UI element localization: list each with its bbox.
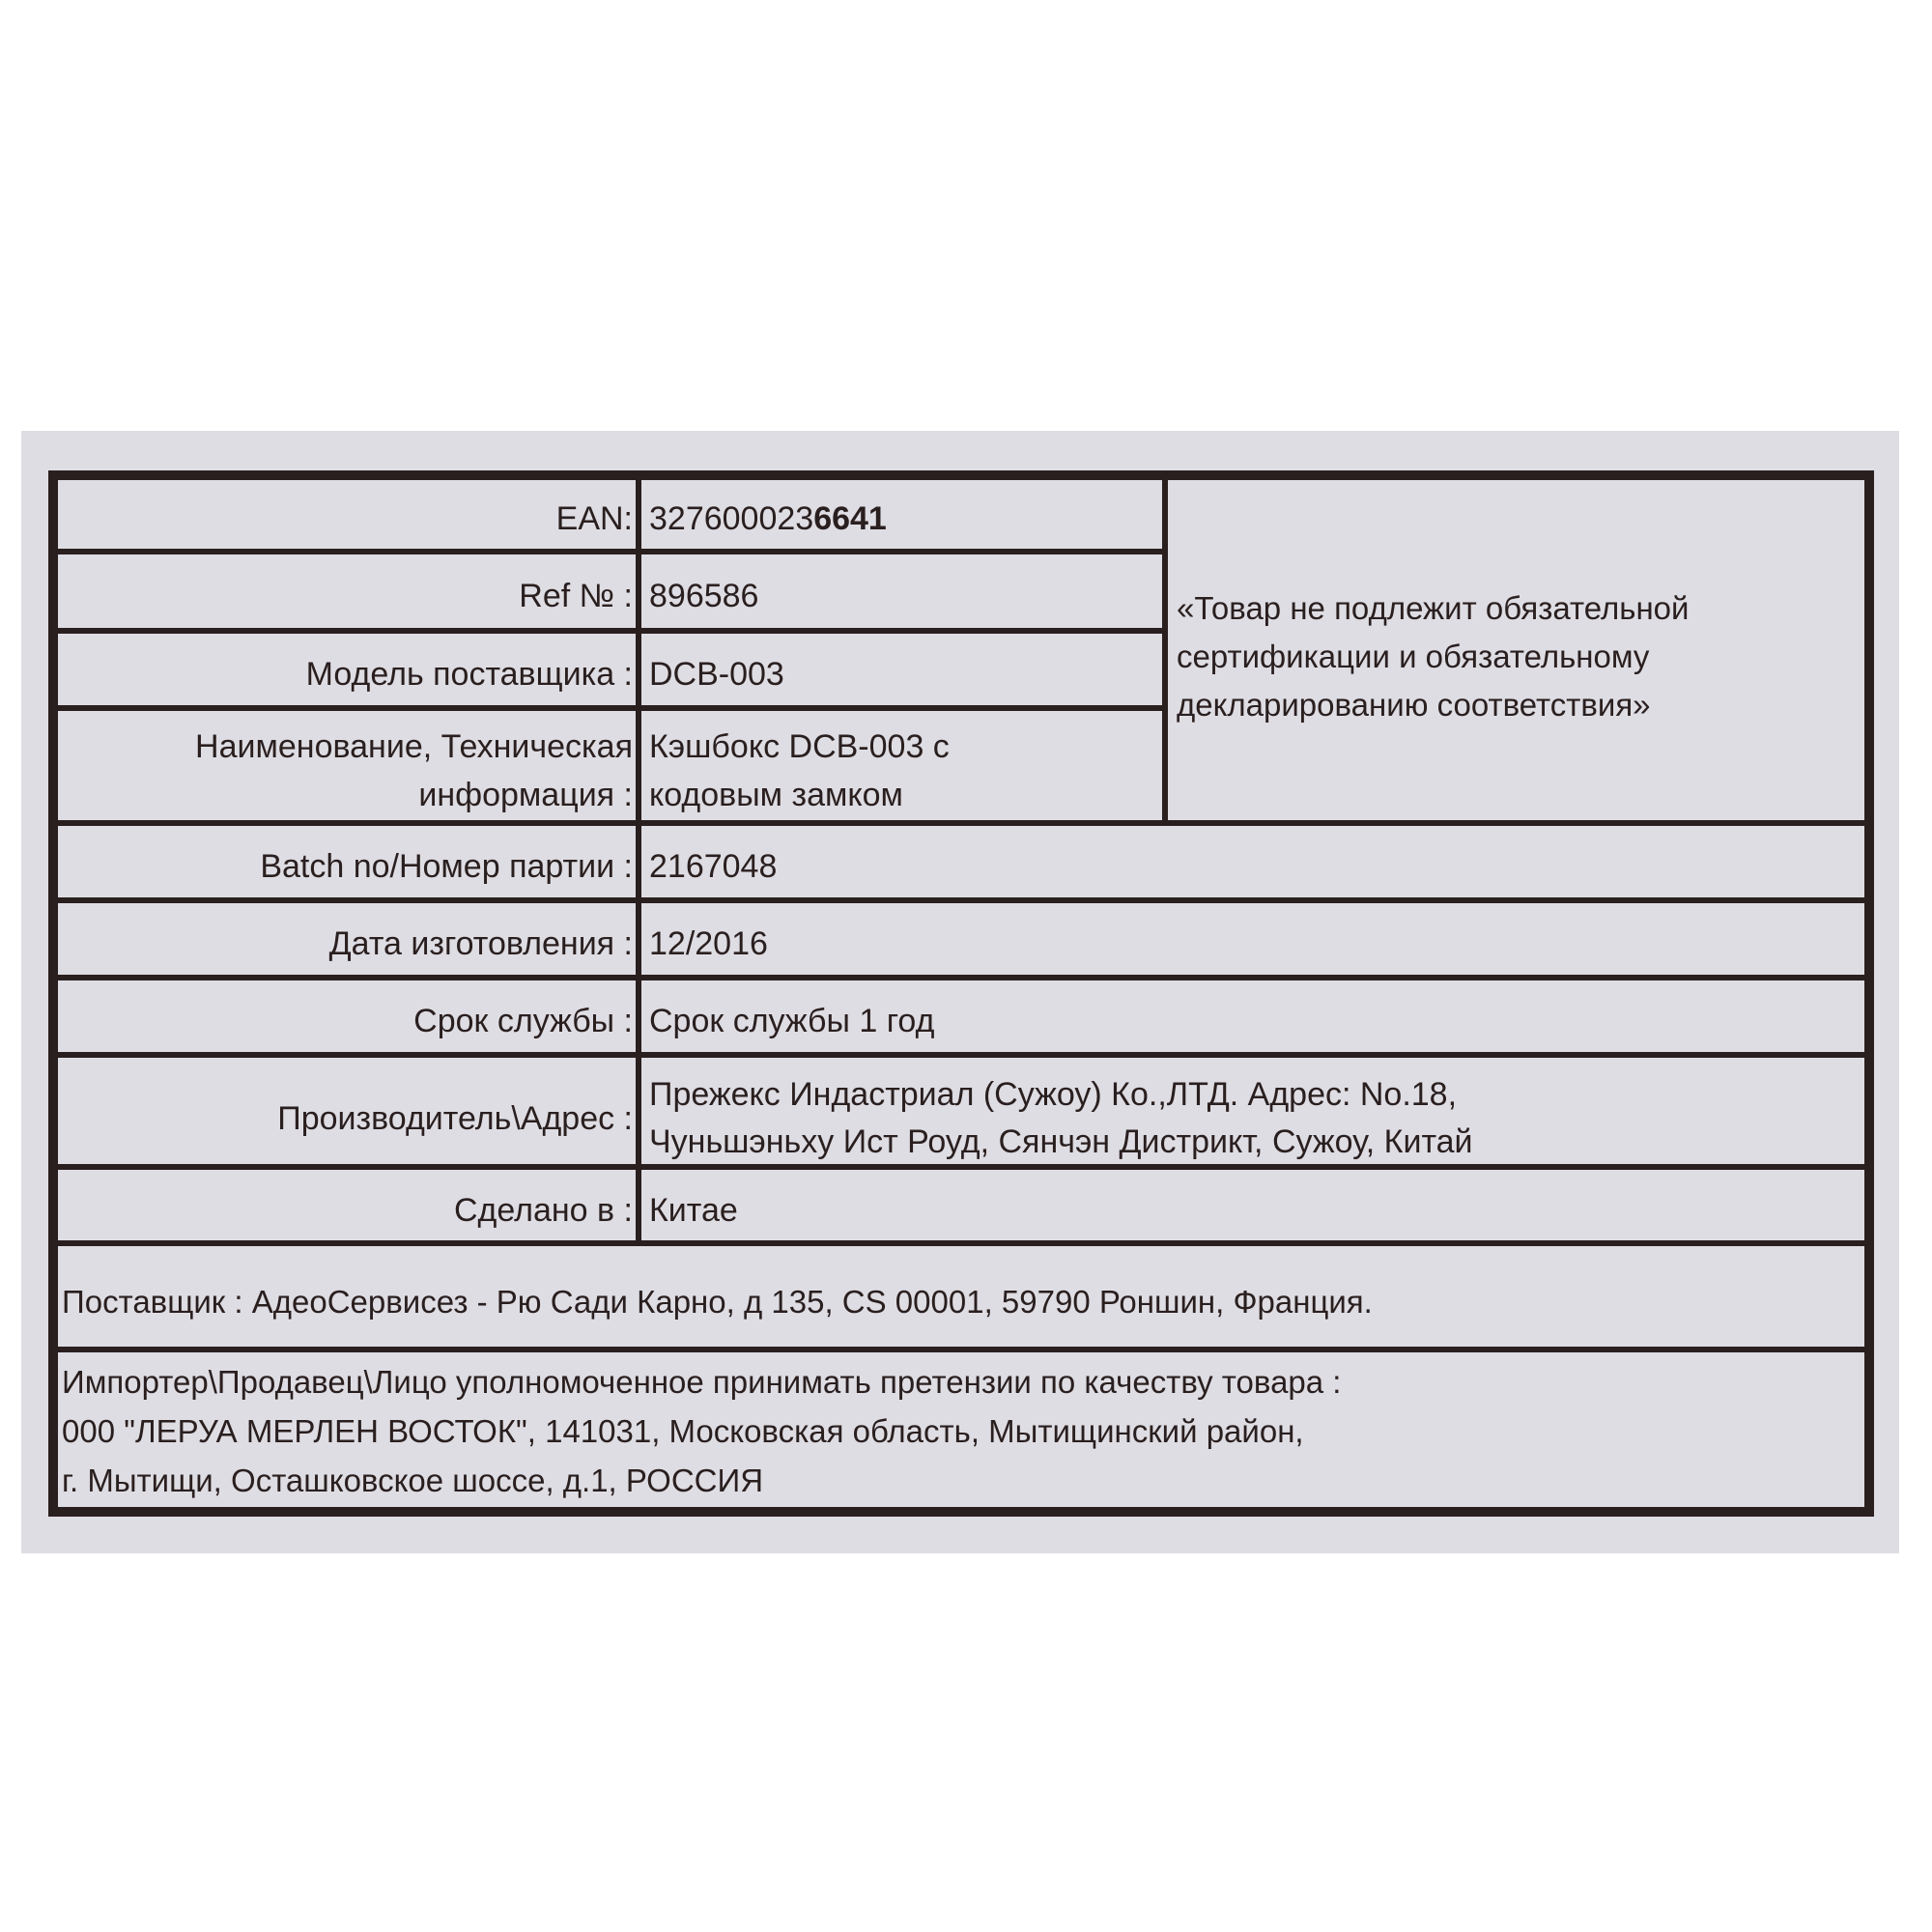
- model-value: DCB-003: [649, 650, 784, 698]
- service-life-label: Срок службы :: [413, 997, 633, 1045]
- column-divider: [636, 475, 641, 1243]
- batch-value: 2167048: [649, 842, 777, 891]
- manufacturer-value-line2: Чуньшэньху Ист Роуд, Сянчэн Дистрикт, Су…: [649, 1118, 1473, 1166]
- supplier-text: Поставщик : АдеоСервисез - Рю Сади Карно…: [62, 1278, 1373, 1326]
- manufacturer-label: Производитель\Адрес :: [277, 1094, 633, 1143]
- row-divider: [53, 1347, 1869, 1352]
- certification-note-line2: сертификации и обязательному: [1177, 633, 1853, 681]
- ean-label: EAN:: [556, 495, 633, 543]
- ean-value-prefix: 327600023: [649, 500, 813, 537]
- model-label: Модель поставщика :: [306, 650, 633, 698]
- row-divider: [53, 705, 1165, 711]
- ean-value: 3276000236641: [649, 495, 887, 543]
- row-divider: [53, 820, 1869, 826]
- ref-label: Ref № :: [519, 572, 633, 620]
- row-divider: [53, 975, 1869, 980]
- ref-value: 896586: [649, 572, 758, 620]
- name-value-line1: Кэшбокс DCB-003 с: [649, 723, 950, 771]
- certification-note-line1: «Товар не подлежит обязательной: [1177, 584, 1853, 633]
- made-in-value: Китае: [649, 1186, 738, 1235]
- row-divider: [53, 1240, 1869, 1246]
- row-divider: [53, 628, 1165, 634]
- row-divider: [53, 549, 1165, 554]
- ean-value-bold: 6641: [813, 500, 887, 537]
- manufacture-date-label: Дата изготовления :: [329, 920, 633, 968]
- column-divider: [1162, 475, 1168, 823]
- importer-line3: г. Мытищи, Осташковское шоссе, д.1, РОСС…: [62, 1457, 763, 1505]
- row-divider: [53, 897, 1869, 903]
- importer-line2: 000 "ЛЕРУА МЕРЛЕН ВОСТОК", 141031, Моско…: [62, 1407, 1304, 1456]
- name-label-line2: информация :: [418, 771, 633, 819]
- service-life-value: Срок службы 1 год: [649, 997, 934, 1045]
- importer-line1: Импортер\Продавец\Лицо уполномоченное пр…: [62, 1358, 1341, 1406]
- name-label-line1: Наименование, Техническая: [195, 723, 633, 771]
- row-divider: [53, 1052, 1869, 1058]
- batch-label: Batch no/Номер партии :: [260, 842, 633, 891]
- certification-note-line3: декларированию соответствия»: [1177, 681, 1853, 729]
- manufacturer-value-line1: Прежекс Индастриал (Сужоу) Ко.,ЛТД. Адре…: [649, 1070, 1457, 1119]
- made-in-label: Сделано в :: [454, 1186, 633, 1235]
- name-value-line2: кодовым замком: [649, 771, 903, 819]
- manufacture-date-value: 12/2016: [649, 920, 768, 968]
- certification-note: «Товар не подлежит обязательной сертифик…: [1177, 584, 1853, 729]
